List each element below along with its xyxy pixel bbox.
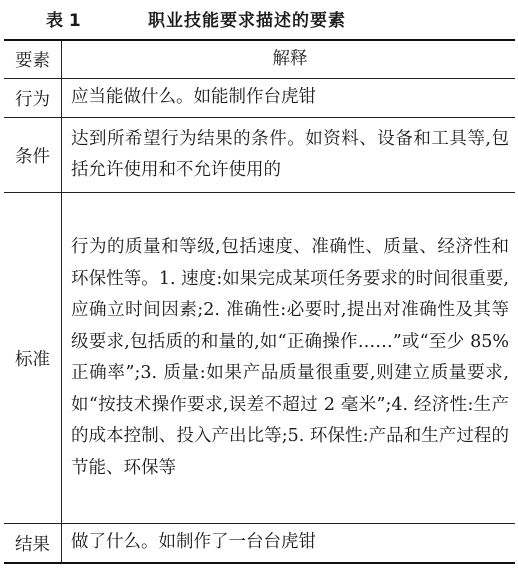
row-key: 标准 [4,193,62,524]
table-number: 表 1 [46,6,81,31]
table-row: 行为 应当能做什么。如能制作台虎钳 [4,79,515,118]
elements-table: 要素 解释 行为 应当能做什么。如能制作台虎钳 条件 达到所希望行为结果的条件。… [4,39,515,564]
table-row: 标准 行为的质量和等级,包括速度、准确性、质量、经济性和环保性等。1. 速度:如… [4,193,515,524]
row-key: 条件 [4,118,62,193]
row-key: 行为 [4,79,62,118]
row-value: 达到所希望行为结果的条件。如资料、设备和工具等,包括允许使用和不允许使用的 [62,118,516,193]
header-explanation: 解释 [62,40,516,79]
table-caption: 表 1 职业技能要求描述的要素 [0,6,518,30]
header-element: 要素 [4,40,62,79]
table-row: 条件 达到所希望行为结果的条件。如资料、设备和工具等,包括允许使用和不允许使用的 [4,118,515,193]
table-header-row: 要素 解释 [4,40,515,79]
row-value: 做了什么。如制作了一台台虎钳 [62,524,516,564]
row-value: 应当能做什么。如能制作台虎钳 [62,79,516,118]
table-row: 结果 做了什么。如制作了一台台虎钳 [4,524,515,564]
table-title: 职业技能要求描述的要素 [148,6,346,31]
row-key: 结果 [4,524,62,564]
row-value: 行为的质量和等级,包括速度、准确性、质量、经济性和环保性等。1. 速度:如果完成… [62,193,516,524]
